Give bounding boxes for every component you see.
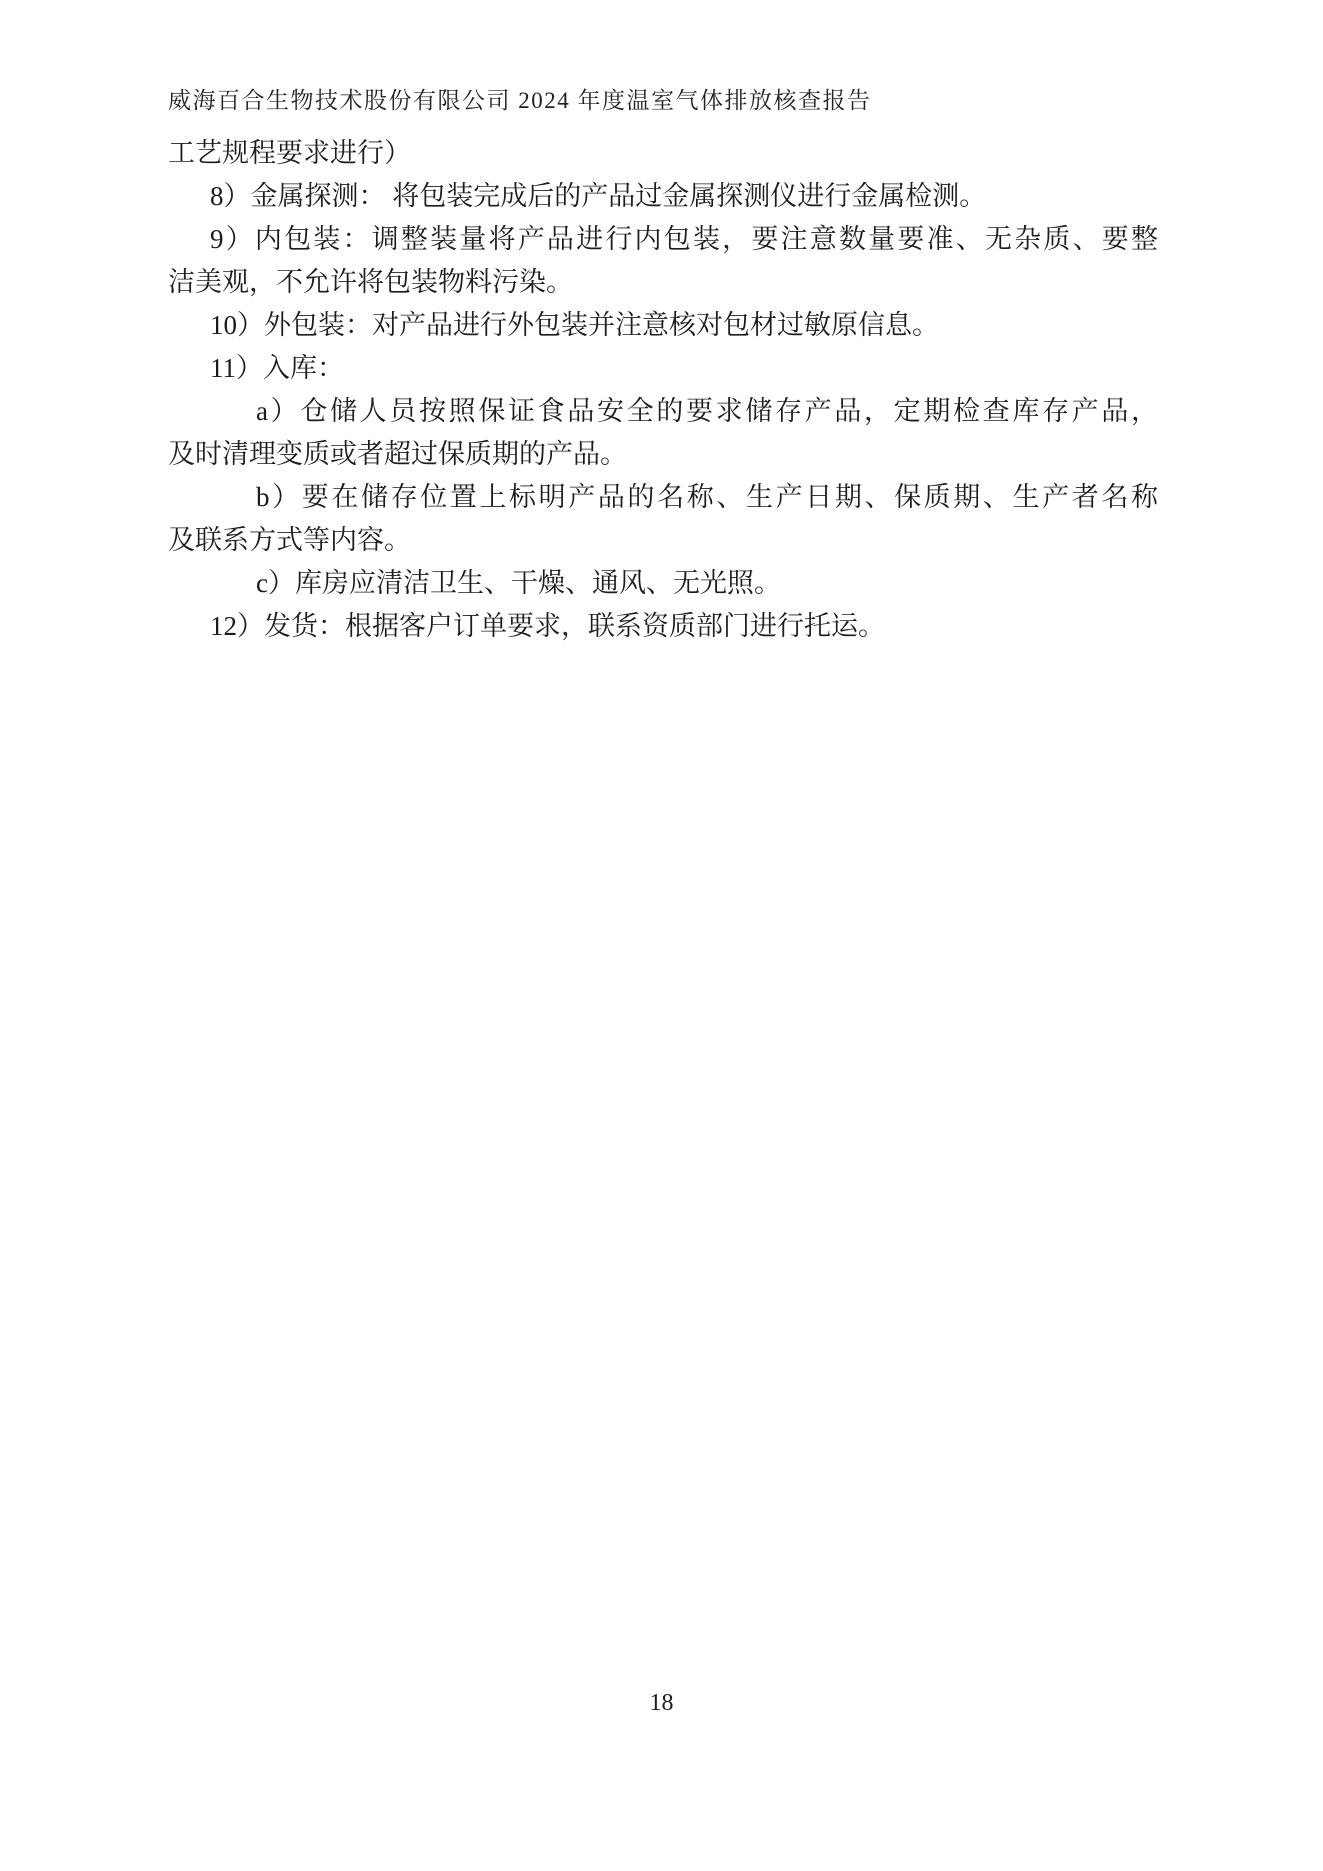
list-item-9-line-1: 9）内包装：调整装量将产品进行内包装，要注意数量要准、无杂质、要整 <box>168 218 1158 261</box>
sub-item-b-line-2: 及联系方式等内容。 <box>168 519 1158 562</box>
list-item-10: 10）外包装：对产品进行外包装并注意核对包材过敏原信息。 <box>168 304 1158 347</box>
sub-item-c: c）库房应清洁卫生、干燥、通风、无光照。 <box>168 562 1158 605</box>
document-page: 威海百合生物技术股份有限公司 2024 年度温室气体排放核查报告 工艺规程要求进… <box>0 0 1323 1871</box>
sub-item-a-line-1: a）仓储人员按照保证食品安全的要求储存产品，定期检查库存产品， <box>168 390 1158 433</box>
list-item-11: 11）入库： <box>168 347 1158 390</box>
list-item-12: 12）发货：根据客户订单要求，联系资质部门进行托运。 <box>168 605 1158 648</box>
list-item-8: 8）金属探测： 将包装完成后的产品过金属探测仪进行金属检测。 <box>168 175 1158 218</box>
document-header: 威海百合生物技术股份有限公司 2024 年度温室气体排放核查报告 <box>168 82 1168 115</box>
paragraph-continuation: 工艺规程要求进行） <box>168 132 1158 175</box>
page-number: 18 <box>0 1690 1323 1717</box>
sub-item-b-line-1: b）要在储存位置上标明产品的名称、生产日期、保质期、生产者名称 <box>168 476 1158 519</box>
document-body: 工艺规程要求进行） 8）金属探测： 将包装完成后的产品过金属探测仪进行金属检测。… <box>168 132 1158 648</box>
sub-item-a-line-2: 及时清理变质或者超过保质期的产品。 <box>168 433 1158 476</box>
list-item-9-line-2: 洁美观，不允许将包装物料污染。 <box>168 261 1158 304</box>
